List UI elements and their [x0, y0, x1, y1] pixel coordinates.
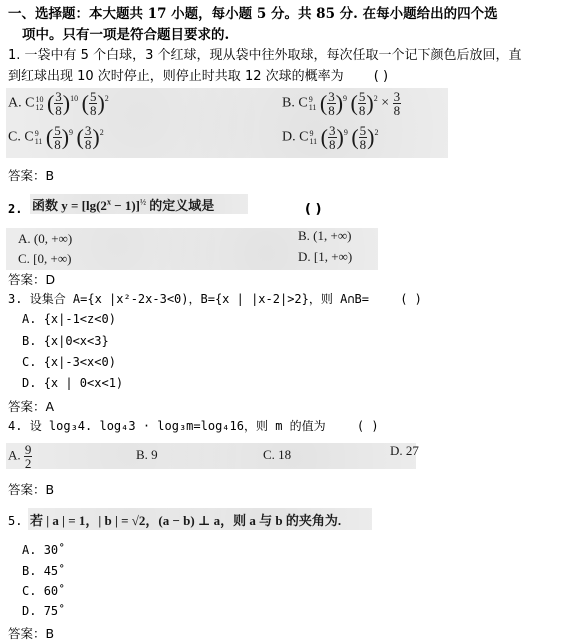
comb-sub: 11	[309, 104, 317, 112]
option-label: B.	[22, 334, 36, 348]
frac-num: 5	[359, 124, 368, 138]
exponent: 9	[69, 128, 73, 137]
option-c: C. 60˚	[22, 584, 65, 598]
answer-blank: ( )	[400, 292, 422, 306]
exponent: 2	[374, 128, 378, 137]
text-part: 函数 y = [lg(2	[32, 198, 107, 213]
text-part: 的定义域是	[146, 198, 214, 213]
frac-num: 3	[393, 90, 402, 104]
exponent: 2	[105, 94, 109, 103]
option-d: D. C911 (38)9 (58)2	[282, 124, 378, 151]
question-number: 5.	[8, 514, 22, 528]
question-text: 一袋中有 5 个白球，3 个红球，现从袋中往外取球，每次任取一个记下颜色后放回，…	[25, 48, 522, 63]
frac-den: 8	[328, 104, 335, 117]
option-value: 27	[406, 443, 419, 458]
answer-2: 答案：D	[8, 270, 55, 288]
option-c: C. {x|-3<x<0)	[22, 355, 116, 369]
combination-symbol: C	[299, 130, 308, 145]
question-3: 3. 设集合 A={x |x²-2x-3<0)，B={x | |x-2|>2}，…	[8, 290, 422, 307]
question-1-line2: 到红球出现 10 次时停止，则停止时共取 12 次球的概率为 ( )	[8, 65, 388, 84]
option-b: B. (1, +∞)	[298, 228, 351, 244]
exponent: 9	[343, 94, 347, 103]
frac-num: 3	[54, 90, 63, 104]
frac-den: 8	[359, 104, 366, 117]
section-heading-line1: 一、选择题：本大题共 17 小题，每小题 5 分。共 85 分. 在每小题给出的…	[8, 2, 498, 22]
option-value: [1, +∞)	[314, 249, 352, 264]
option-value: {x|0<x<3}	[44, 334, 109, 348]
option-value: {x|-3<x<0)	[44, 355, 116, 369]
option-value: (0, +∞)	[34, 231, 72, 246]
option-b: B. {x|0<x<3}	[22, 334, 109, 348]
option-d: D. 75˚	[22, 604, 65, 618]
option-value: (1, +∞)	[313, 228, 351, 243]
frac-den: 8	[85, 138, 92, 151]
option-label: B.	[136, 447, 148, 462]
frac-den: 8	[360, 138, 367, 151]
exponent: 2	[100, 128, 104, 137]
combination-symbol: C	[24, 130, 33, 145]
question-text: 到红球出现 10 次时停止，则停止时共取 12 次球的概率为	[8, 69, 344, 84]
question-1: 1. 一袋中有 5 个白球，3 个红球，现从袋中往外取球，每次任取一个记下颜色后…	[8, 44, 522, 63]
frac-num: 3	[327, 90, 336, 104]
frac-den: 8	[394, 104, 401, 117]
option-c: C. C911 (58)9 (38)2	[8, 124, 104, 151]
question-number: 4.	[8, 419, 22, 433]
question-5-text-image: 若 | a | = 1，| b | = √2，(a − b) ⊥ a，则 a 与…	[28, 508, 372, 530]
option-a: A. 30˚	[22, 543, 65, 557]
option-label: C.	[8, 130, 21, 145]
exponent: 10	[70, 94, 78, 103]
option-label: A.	[22, 312, 36, 326]
frac-den: 2	[25, 457, 32, 470]
option-value: [0, +∞)	[33, 251, 71, 266]
option-label: D.	[22, 604, 36, 618]
option-b: B. C911 (38)9 (58)2 × 38	[282, 90, 401, 117]
frac-num: 5	[53, 124, 62, 138]
answer-4: 答案：B	[8, 480, 54, 498]
option-label: C.	[22, 355, 36, 369]
answer-blank: ( )	[374, 69, 388, 84]
frac-den: 8	[90, 104, 97, 117]
exponent: 9	[344, 128, 348, 137]
option-a: A. (0, +∞)	[18, 231, 72, 247]
option-a: A. 92	[8, 443, 32, 470]
option-value: 9	[151, 447, 158, 462]
option-label: C.	[263, 447, 275, 462]
exponent: 2	[374, 94, 378, 103]
section-heading-line2: 项中。只有一项是符合题目要求的.	[22, 23, 229, 43]
question-1-options-image: A. C1012 (38)10 (58)2 B. C911 (38)9 (58)…	[6, 88, 448, 158]
answer-3: 答案：A	[8, 397, 54, 415]
question-4-options-image: A. 92 B. 9 C. 18 D. 27	[6, 443, 416, 469]
answer-5: 答案：B	[8, 624, 54, 642]
answer-blank: ( )	[305, 202, 321, 217]
comb-sub: 11	[35, 138, 43, 146]
option-value: 75˚	[44, 604, 66, 618]
option-b: B. 9	[136, 447, 158, 463]
question-number: 2.	[8, 202, 22, 216]
option-label: C.	[22, 584, 36, 598]
option-label: A.	[8, 96, 22, 111]
text-part: − 1)]	[111, 198, 140, 213]
option-c: C. 18	[263, 447, 291, 463]
option-label: C.	[18, 251, 30, 266]
question-2-options-image: A. (0, +∞) B. (1, +∞) C. [0, +∞) D. [1, …	[6, 228, 378, 270]
option-label: B.	[298, 228, 310, 243]
times-sign: ×	[381, 96, 389, 111]
combination-symbol: C	[298, 96, 307, 111]
combination-symbol: C	[25, 96, 34, 111]
question-text: 设 log₃4. log₄3 · log₃m=log₄16，则 m 的值为	[30, 419, 326, 433]
option-value: 45˚	[44, 564, 66, 578]
option-value: 60˚	[44, 584, 66, 598]
comb-sub: 12	[35, 104, 43, 112]
option-label: B.	[282, 96, 295, 111]
option-label: D.	[390, 443, 403, 458]
option-label: D.	[282, 130, 296, 145]
option-label: A.	[22, 543, 36, 557]
comb-sub: 11	[309, 138, 317, 146]
question-2-text-image: 函数 y = [lg(2x − 1)]½ 的定义域是	[30, 194, 248, 214]
question-text: 函数 y = [lg(2x − 1)]½ 的定义域是	[32, 195, 214, 214]
frac-den: 8	[55, 104, 62, 117]
question-4: 4. 设 log₃4. log₄3 · log₃m=log₄16，则 m 的值为…	[8, 417, 379, 434]
option-d: D. [1, +∞)	[298, 249, 352, 265]
answer-1: 答案：B	[8, 166, 54, 184]
frac-den: 8	[329, 138, 336, 151]
question-number: 1.	[8, 48, 20, 63]
option-value: {x | 0<x<1)	[44, 376, 123, 390]
option-a: A. C1012 (38)10 (58)2	[8, 90, 109, 117]
frac-den: 8	[54, 138, 61, 151]
frac-num: 3	[328, 124, 337, 138]
option-value: {x|-1<z<0)	[44, 312, 116, 326]
question-number: 3.	[8, 292, 22, 306]
option-label: A.	[8, 447, 21, 462]
option-label: D.	[298, 249, 311, 264]
option-label: A.	[18, 231, 31, 246]
option-value: 18	[278, 447, 291, 462]
option-a: A. {x|-1<z<0)	[22, 312, 116, 326]
option-value: 30˚	[44, 543, 66, 557]
option-c: C. [0, +∞)	[18, 251, 71, 267]
question-text: 设集合 A={x |x²-2x-3<0)，B={x | |x-2|>2}，则 A…	[30, 292, 369, 306]
option-d: D. {x | 0<x<1)	[22, 376, 123, 390]
option-d: D. 27	[390, 443, 419, 459]
option-label: D.	[22, 376, 36, 390]
frac-num: 9	[24, 443, 33, 457]
question-text: 若 | a | = 1，| b | = √2，(a − b) ⊥ a，则 a 与…	[30, 510, 341, 529]
answer-blank: ( )	[357, 419, 379, 433]
option-b: B. 45˚	[22, 564, 65, 578]
option-label: B.	[22, 564, 36, 578]
